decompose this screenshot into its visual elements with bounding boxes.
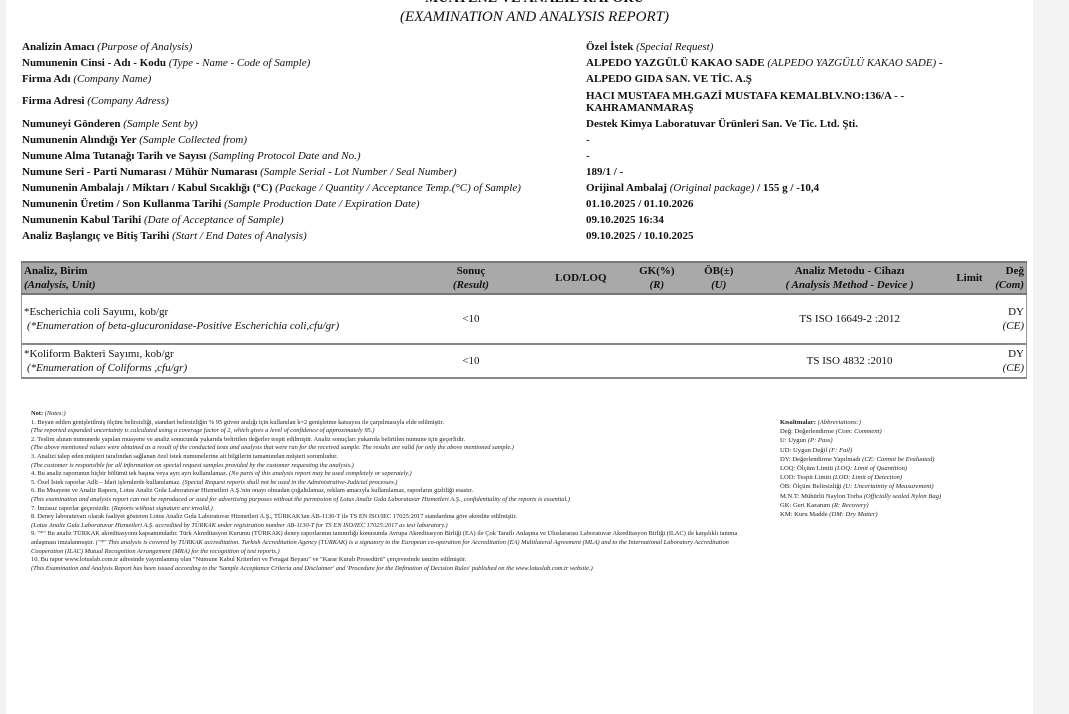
info-row-sampling-protocol: Numune Alma Tutanağı Tarih ve Sayısı (Sa… [22, 148, 1012, 164]
col-result: Sonuç(Result) [406, 262, 536, 294]
table-row: *Koliform Bakteri Sayımı, kob/gr(*Enumer… [22, 344, 1027, 378]
cell-limit [949, 344, 989, 378]
note-item: 7. İmzasız raporlar geçersizdir. (Report… [31, 505, 751, 514]
note-item: 3. Analizi talep eden müşteri tarafından… [31, 453, 751, 470]
notes-section: Not: (Notes:) 1. Beyan edilen genişletil… [31, 410, 751, 573]
note-item: 10. Bu rapor www.lotuslab.com.tr adresin… [31, 556, 751, 573]
note-item: 6. Bu Muayene ve Analiz Raporu, Lotus An… [31, 487, 751, 504]
cell-gk [626, 294, 688, 344]
report-title: MUAYENE VE ANALİZ RAPORU [0, 0, 1069, 7]
info-row-production-expiry: Numunenin Üretim / Son Kullanma Tarihi (… [22, 196, 1012, 212]
col-ob: ÖB(±)(U) [688, 262, 750, 294]
report-title-en: (EXAMINATION AND ANALYSIS REPORT) [0, 9, 1069, 26]
table-header-row: Analiz, Birim(Analysis, Unit) Sonuç(Resu… [22, 262, 1027, 294]
info-row-company-name: Firma Adı (Company Name) ALPEDO GIDA SAN… [22, 71, 1012, 87]
abbreviation-item: U: Uygun (P: Pass) [780, 436, 1030, 445]
abbreviation-item: Değ: Değerlendirme (Com: Comment) [780, 427, 1030, 436]
info-row-purpose: Analizin Amacı (Purpose of Analysis) Öze… [22, 39, 1012, 55]
note-item: 9. "*" Bu analiz TÜRKAK akreditasyonu ka… [31, 530, 751, 556]
cell-analysis: *Koliform Bakteri Sayımı, kob/gr(*Enumer… [22, 344, 407, 378]
col-comment: Değ(Com) [989, 262, 1026, 294]
info-row-acceptance-date: Numunenin Kabul Tarihi (Date of Acceptan… [22, 212, 1012, 228]
note-item: 8. Deney laboratuvarı olarak faaliyet gö… [31, 513, 751, 530]
abbreviations-list: Değ: Değerlendirme (Com: Comment)U: Uygu… [780, 427, 1030, 519]
info-row-sent-by: Numuneyi Gönderen (Sample Sent by) Deste… [22, 116, 1012, 132]
cell-method: TS ISO 4832 :2010 [750, 344, 950, 378]
cell-comment: DY(CE) [989, 294, 1026, 344]
cell-limit [949, 294, 989, 344]
results-table: Analiz, Birim(Analysis, Unit) Sonuç(Resu… [21, 261, 1027, 379]
col-lod-loq: LOD/LOQ [536, 262, 626, 294]
info-row-sample-type: Numunenin Cinsi - Adı - Kodu (Type - Nam… [22, 55, 1012, 71]
col-analysis: Analiz, Birim(Analysis, Unit) [22, 262, 407, 294]
table-row: *Escherichia coli Sayımı, kob/gr(*Enumer… [22, 294, 1027, 344]
info-row-analysis-dates: Analiz Başlangıç ve Bitiş Tarihi (Start … [22, 228, 1012, 244]
note-item: 4. Bu analiz raporunun hiçbir bölümü tek… [31, 470, 751, 479]
cell-gk [626, 344, 688, 378]
abbreviation-item: LOD: Tespit Limiti (LOD: Limit of Detect… [780, 473, 1030, 482]
sample-info: Analizin Amacı (Purpose of Analysis) Öze… [22, 39, 1012, 244]
abbreviation-item: DY: Değerlendirme Yapılmadı (CE: Cannot … [780, 455, 1030, 464]
info-row-package: Numunenin Ambalajı / Miktarı / Kabul Sıc… [22, 180, 1012, 196]
cell-ob [688, 294, 750, 344]
notes-title: Not: (Notes:) [31, 410, 751, 419]
cell-result: <10 [406, 344, 536, 378]
abbreviation-item: LOQ: Ölçüm Limiti (LOQ: Limit of Quantit… [780, 464, 1030, 473]
cell-lod-loq [536, 294, 626, 344]
abbreviation-item: M.N.T: Mühürlü Naylon Torba (Officially … [780, 492, 1030, 501]
cell-method: TS ISO 16649-2 :2012 [750, 294, 950, 344]
info-row-company-address: Firma Adresi (Company Adress) HACI MUSTA… [22, 87, 1012, 116]
abbreviations-section: Kısaltmalar: (Abbreviations:) Değ: Değer… [780, 418, 1030, 519]
col-method: Analiz Metodu - Cihazı( Analysis Method … [750, 262, 950, 294]
col-gk: GK(%)(R) [626, 262, 688, 294]
info-row-lot-number: Numune Seri - Parti Numarası / Mühür Num… [22, 164, 1012, 180]
cell-analysis: *Escherichia coli Sayımı, kob/gr(*Enumer… [22, 294, 407, 344]
abbreviation-item: ÖB: Ölçüm Belirsizliği (U: Uncertainity … [780, 482, 1030, 491]
cell-lod-loq [536, 344, 626, 378]
right-margin [1033, 0, 1069, 714]
cell-comment: DY(CE) [989, 344, 1026, 378]
abbreviation-item: UD: Uygun Değil (F: Fail) [780, 446, 1030, 455]
cell-ob [688, 344, 750, 378]
info-row-collected-from: Numunenin Alındığı Yer (Sample Collected… [22, 132, 1012, 148]
note-item: 5. Özel İstek raporlar Adli – İdari işle… [31, 479, 751, 488]
abbreviation-item: GK: Geri Kazanım (R: Recovery) [780, 501, 1030, 510]
abbreviation-item: KM: Kuru Madde (DM: Dry Matter) [780, 510, 1030, 519]
left-margin [0, 0, 6, 714]
cell-result: <10 [406, 294, 536, 344]
col-limit: Limit [949, 262, 989, 294]
abbreviations-title: Kısaltmalar: (Abbreviations:) [780, 418, 1030, 427]
notes-list: 1. Beyan edilen genişletilmiş ölçüm beli… [31, 419, 751, 574]
note-item: 1. Beyan edilen genişletilmiş ölçüm beli… [31, 419, 751, 436]
note-item: 2. Teslim alınan numunede yapılan muayen… [31, 436, 751, 453]
